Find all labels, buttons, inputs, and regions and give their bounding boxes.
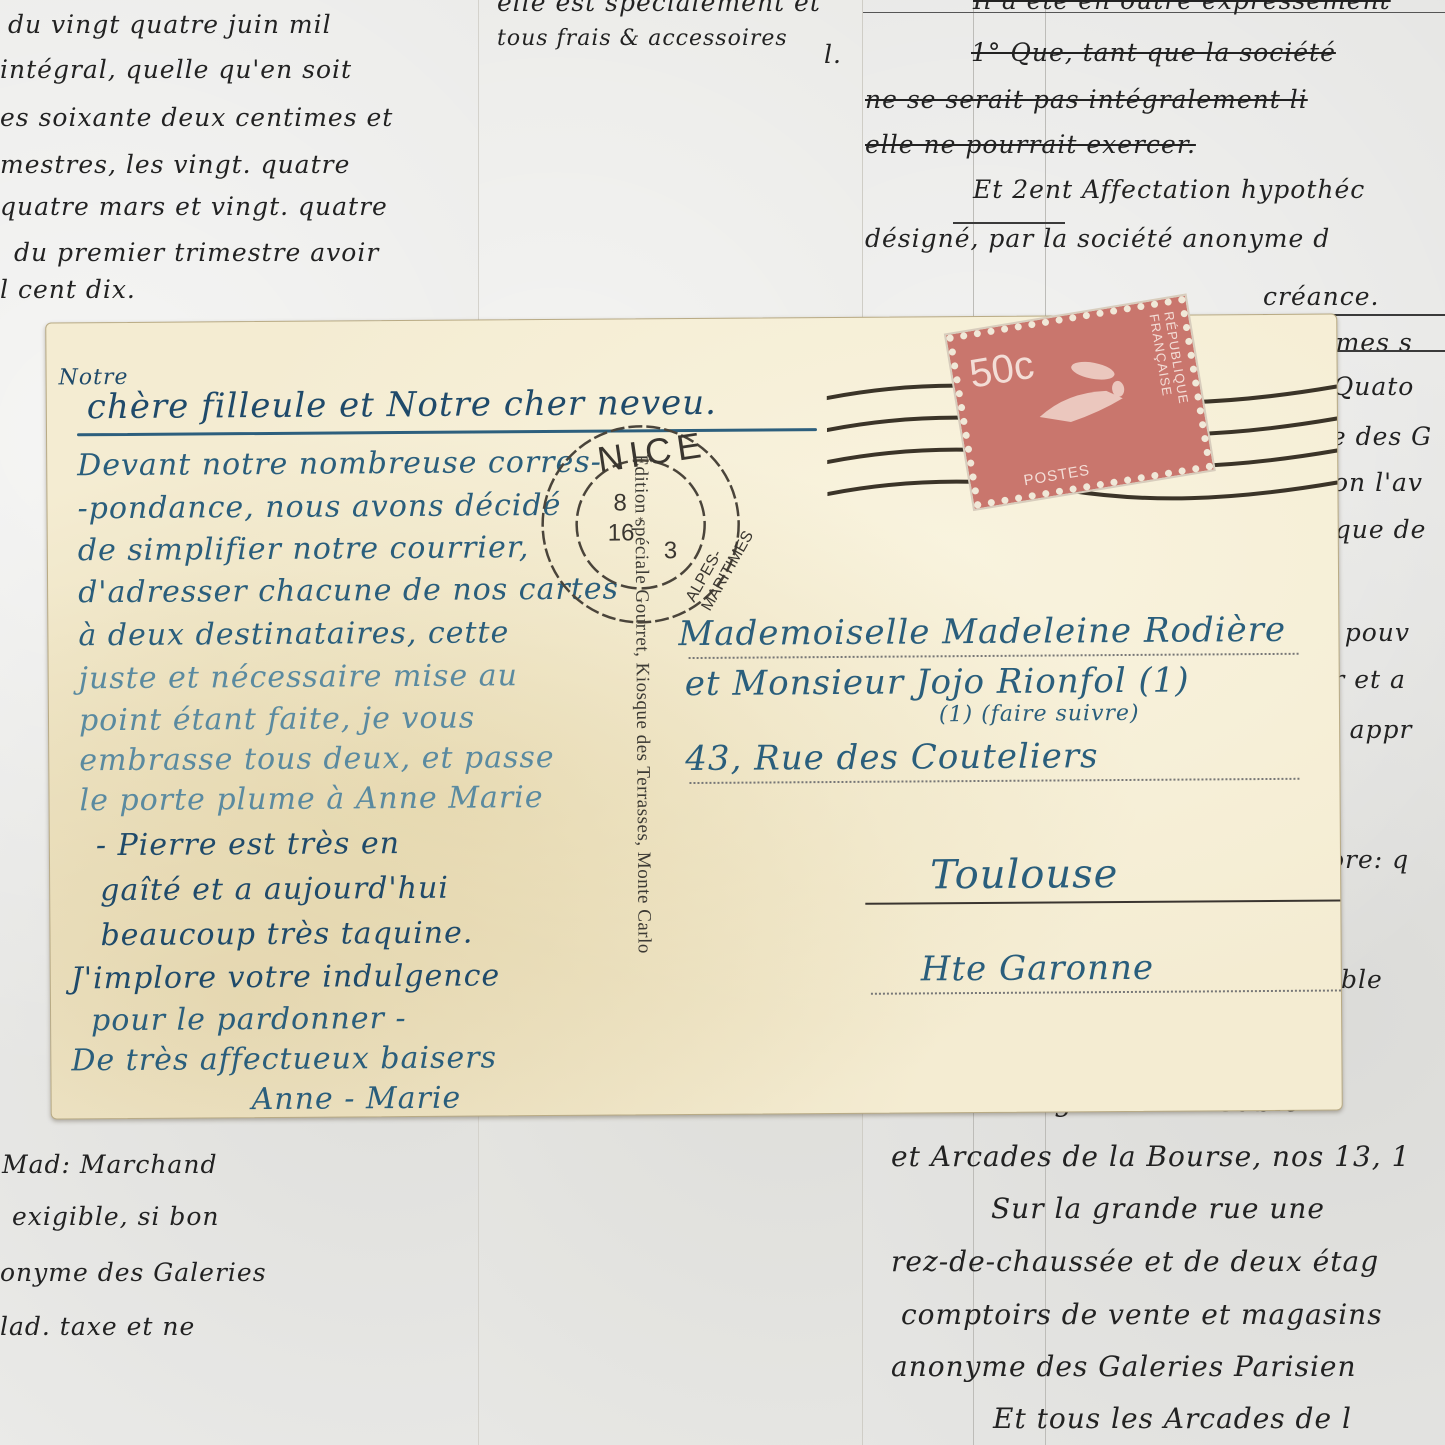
doc-line: 1° Que, tant que la société	[971, 38, 1336, 67]
doc-line: l cent dix.	[0, 275, 136, 304]
message-line: beaucoup très taquine.	[100, 916, 473, 954]
doc-line: Et tous les Arcades de l	[993, 1402, 1352, 1435]
doc-line: Et 2ent Affectation hypothéc	[973, 175, 1365, 204]
postmark: * NICE ALPES-MARITIMES 8 16 3	[535, 419, 746, 630]
forwarding-note: (1) (faire suivre)	[939, 701, 1140, 727]
postcard: Notre chère filleule et Notre cher neveu…	[45, 313, 1343, 1119]
doc-line: tous frais & accessoires	[497, 26, 788, 51]
doc-line: Il a été en outre expressément	[973, 0, 1391, 15]
message-line: juste et nécessaire mise au	[79, 658, 518, 696]
doc-line: anonyme des Galeries Parisien	[891, 1350, 1357, 1383]
svg-text:*: *	[638, 516, 643, 527]
message-line: - Pierre est très en	[96, 826, 400, 863]
address-city: Toulouse	[930, 851, 1119, 898]
doc-line: mestres, les vingt. quatre	[0, 150, 350, 179]
message-line: pour le pardonner -	[91, 1001, 407, 1038]
doc-line: lad. taxe et ne	[0, 1312, 195, 1341]
message-line: J'implore votre indulgence	[71, 958, 501, 996]
address-line-2: et Monsieur Jojo Rionfol (1)	[685, 661, 1190, 705]
doc-line: Sur la grande rue une	[991, 1192, 1325, 1225]
stamp-label: POSTES	[1023, 462, 1092, 490]
message-line: embrasse tous deux, et passe	[79, 740, 555, 778]
doc-line: onyme des Galeries	[0, 1258, 267, 1287]
doc-line: exigible, si bon	[12, 1202, 220, 1231]
doc-line: l.	[824, 40, 842, 69]
doc-line: créance.	[1263, 282, 1380, 311]
message-line: Devant notre nombreuse corres-	[77, 445, 602, 484]
message-line: à deux destinataires, cette	[78, 615, 509, 653]
message-line: De très affectueux baisers	[71, 1040, 497, 1078]
sower-figure-icon	[1021, 346, 1143, 443]
doc-line: du vingt quatre juin mil	[8, 10, 332, 39]
message-line: gaîté et a aujourd'hui	[100, 871, 449, 908]
doc-line: elle est spécialement et	[497, 0, 821, 17]
message-line: de simplifier notre courrier,	[78, 530, 530, 568]
doc-line: Mad: Marchand	[2, 1150, 217, 1179]
doc-line: et Arcades de la Bourse, nos 13, 1	[891, 1140, 1410, 1173]
doc-line: intégral, quelle qu'en soit	[0, 55, 352, 84]
message-line: le porte plume à Anne Marie	[79, 780, 543, 818]
stamp-country: RÉPUBLIQUE FRANÇAISE	[1146, 310, 1201, 469]
doc-line: comptoirs de vente et magasins	[901, 1298, 1383, 1331]
address-region: Hte Garonne	[921, 948, 1155, 990]
doc-line: es soixante deux centimes et	[0, 103, 393, 132]
postmark-date-day: 8	[613, 489, 627, 517]
postmark-date-month: 3	[664, 537, 678, 565]
doc-line: ne se serait pas intégralement li	[865, 85, 1308, 114]
signature: Anne - Marie	[252, 1081, 462, 1117]
doc-line: rez-de-chaussée et de deux étag	[891, 1245, 1379, 1278]
doc-line: ble	[1341, 965, 1383, 994]
doc-line: elle ne pourrait exercer.	[865, 130, 1196, 159]
doc-line: désigné, par la société anonyme d	[865, 224, 1330, 253]
address-line-3: 43, Rue des Couteliers	[685, 736, 1098, 779]
postmark-date-hour: 16	[608, 519, 635, 547]
message-line: -pondance, nous avons décidé	[77, 488, 561, 526]
address-line-1: Mademoiselle Madeleine Rodière	[678, 610, 1286, 654]
doc-line: quatre mars et vingt. quatre	[0, 192, 388, 221]
doc-line: du premier trimestre avoir	[14, 238, 379, 267]
message-line: point étant faite, je vous	[79, 701, 475, 739]
